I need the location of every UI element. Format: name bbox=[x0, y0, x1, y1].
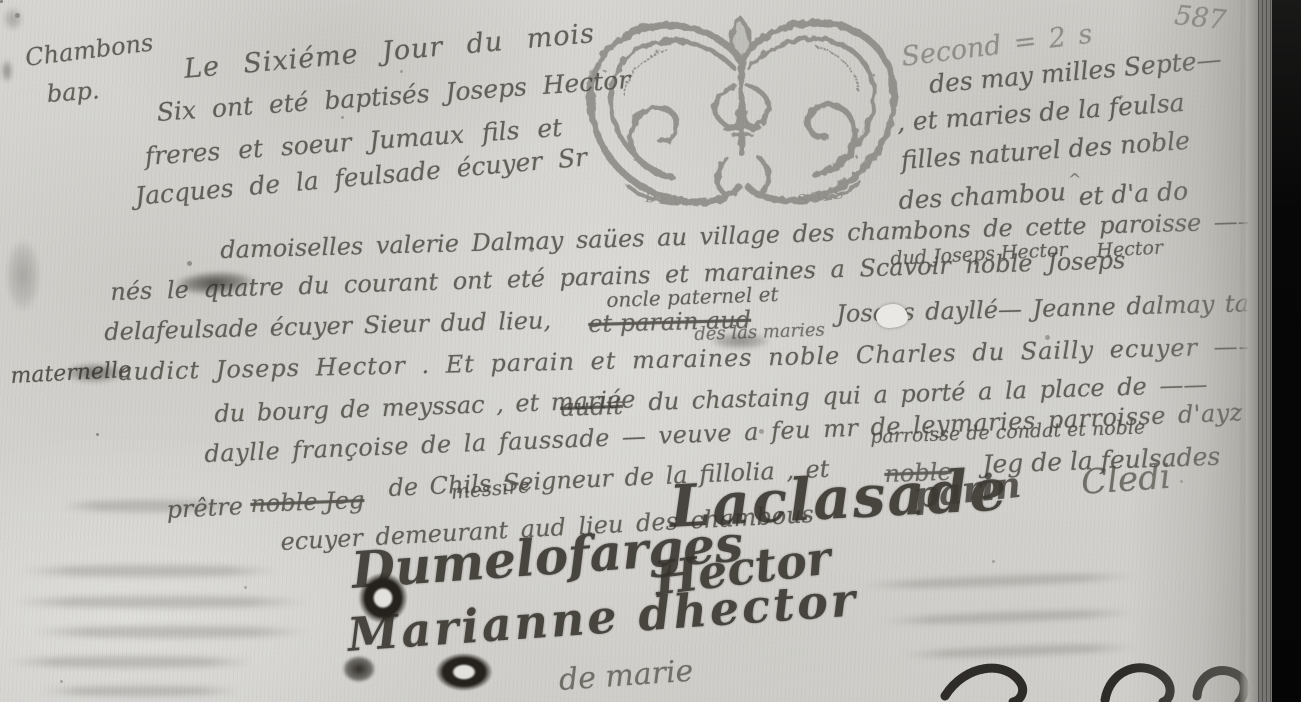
corner-smudge bbox=[0, 4, 26, 34]
handwritten-fragment: des chambou bbox=[898, 179, 1067, 213]
handwritten-fragment: de marie bbox=[558, 657, 694, 696]
handwriting-layer: Chambonsbap.587Second = 2 sLe Sixiéme Jo… bbox=[0, 0, 1301, 702]
bottom-scrawl-signature bbox=[925, 652, 1285, 702]
paper-tear bbox=[876, 304, 908, 328]
page-edge-shadow bbox=[1240, 0, 1260, 702]
edge-smudge bbox=[0, 228, 46, 323]
margin-place: Chambons bbox=[24, 30, 154, 69]
ink-smudge bbox=[55, 360, 133, 386]
handwritten-fragment: prêtre bbox=[166, 494, 244, 522]
handwritten-fragment: Cledi bbox=[1080, 460, 1172, 500]
scanned-register-page: DEV SOLS Chambonsbap.587Second = 2 sLe S… bbox=[0, 0, 1301, 702]
handwritten-fragment: audit bbox=[560, 394, 623, 420]
ink-smudge bbox=[700, 330, 780, 352]
handwritten-fragment: oncle paternel et bbox=[606, 284, 779, 310]
margin-entry-type: bap. bbox=[46, 78, 100, 106]
handwritten-fragment: delafeulsade écuyer Sieur dud lieu, bbox=[104, 308, 551, 344]
scan-background bbox=[1272, 0, 1301, 702]
handwritten-fragment: filles naturel des noble bbox=[900, 128, 1191, 173]
handwritten-fragment: noble Jeg bbox=[250, 488, 365, 516]
handwritten-fragment: et d'a do bbox=[1078, 178, 1189, 209]
signature-parin: parin bbox=[912, 467, 1023, 514]
edge-smudge bbox=[0, 56, 14, 86]
page-number: 587 bbox=[1173, 2, 1227, 34]
